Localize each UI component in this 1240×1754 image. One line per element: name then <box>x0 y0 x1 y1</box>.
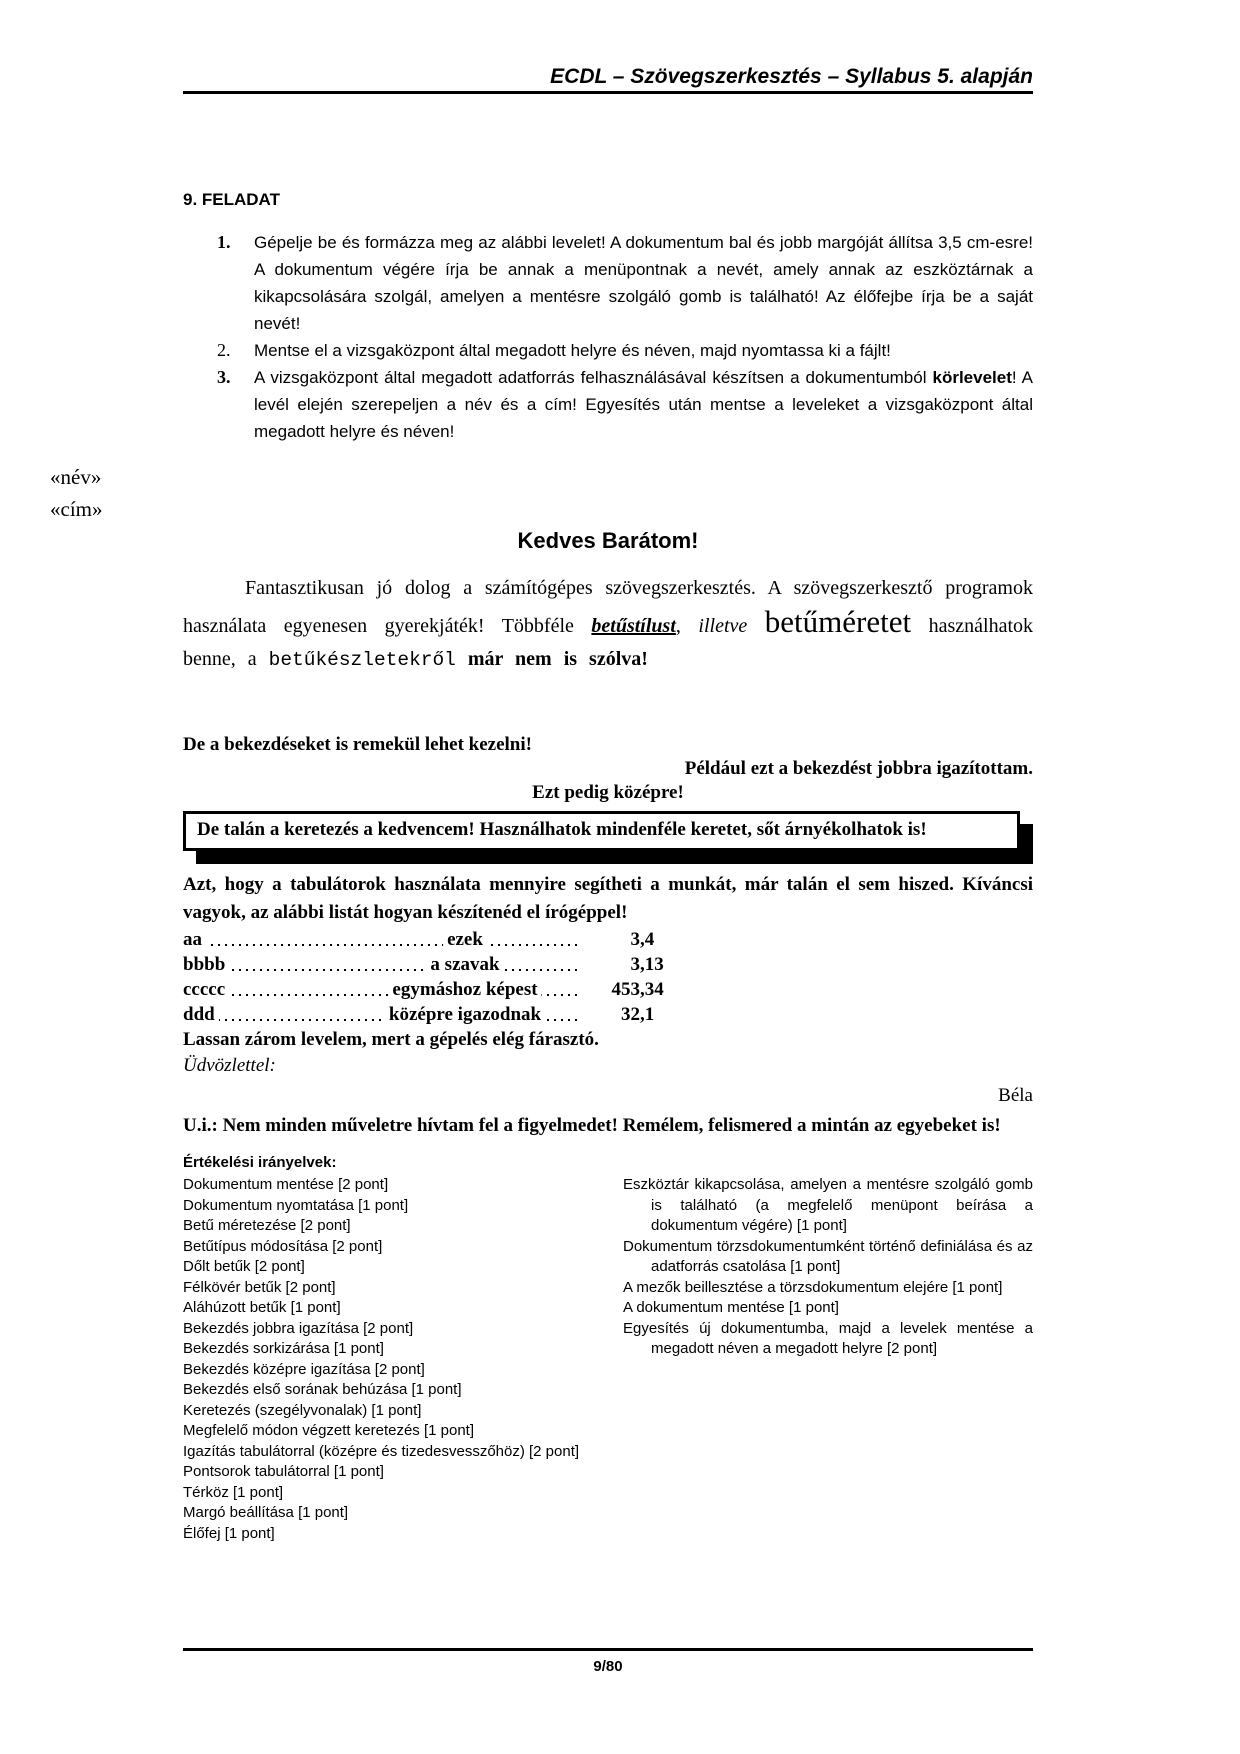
item-text: A vizsgaközpont által megadott adatforrá… <box>254 364 1033 445</box>
evaluation-item: Bekezdés jobbra igazítása [2 pont] <box>183 1319 623 1340</box>
task-item: 3.A vizsgaközpont által megadott adatfor… <box>183 364 1033 445</box>
tab-number-int: 3 <box>580 927 640 952</box>
tab-number-int: 32 <box>580 1002 640 1027</box>
tab-row: cccccegymáshoz képest453,34 <box>183 977 673 1002</box>
salutation: Kedves Barátom! <box>183 527 1033 554</box>
evaluation-item: Élőfej [1 pont] <box>183 1524 623 1545</box>
text-run: , <box>676 615 699 637</box>
tab-number-frac: ,1 <box>640 1002 659 1027</box>
evaluation-heading: Értékelési irányelvek: <box>183 1153 1033 1173</box>
evaluation-item: Félkövér betűk [2 pont] <box>183 1278 623 1299</box>
text-run <box>456 648 468 670</box>
evaluation-item: Bekezdés első sorának behúzása [1 pont] <box>183 1380 623 1401</box>
text-run: Mentse el a vizsgaközpont által megadott… <box>254 341 891 360</box>
tabs-intro: Azt, hogy a tabulátorok használata menny… <box>183 871 1033 927</box>
text-run: betűstílust <box>591 615 675 637</box>
text-run <box>747 615 765 637</box>
tab-center-word: ezek <box>443 927 487 952</box>
evaluation-item: Bekezdés sorkizárása [1 pont] <box>183 1339 623 1360</box>
evaluation-item: Aláhúzott betűk [1 pont] <box>183 1298 623 1319</box>
closing-line: Lassan zárom levelem, mert a gépelés elé… <box>183 1027 1033 1053</box>
evaluation-item: Keretezés (szegélyvonalak) [1 pont] <box>183 1401 623 1422</box>
task-item: 1.Gépelje be és formázza meg az alábbi l… <box>183 229 1033 337</box>
tab-left-word: ddd <box>183 1002 219 1027</box>
page-header: ECDL – Szövegszerkesztés – Syllabus 5. a… <box>183 0 1033 94</box>
evaluation-item: Egyesítés új dokumentumba, majd a levele… <box>623 1319 1033 1360</box>
framed-paragraph: De talán a keretezés a kedvencem! Haszná… <box>183 811 1020 851</box>
letter-paragraph: Fantasztikusan jó dolog a számítógépes s… <box>183 572 1033 677</box>
evaluation-section: Értékelési irányelvek: Dokumentum mentés… <box>183 1153 1033 1544</box>
tab-row: dddközépre igazodnak32,1 <box>183 1002 673 1027</box>
tab-center-word: egymáshoz képest <box>388 977 541 1002</box>
tab-number-int: 3 <box>580 952 640 977</box>
evaluation-columns: Dokumentum mentése [2 pont]Dokumentum ny… <box>183 1175 1033 1544</box>
evaluation-item: Betű méretezése [2 pont] <box>183 1216 623 1237</box>
merge-field-address: «cím» <box>50 493 900 525</box>
tab-center-word: a szavak <box>426 952 503 977</box>
text-run: illetve <box>698 615 747 637</box>
item-text: Mentse el a vizsgaközpont által megadott… <box>254 337 1033 364</box>
postscript: U.i.: Nem minden műveletre hívtam fel a … <box>183 1111 1033 1141</box>
merge-field-name: «név» <box>50 461 900 493</box>
evaluation-left-list: Dokumentum mentése [2 pont]Dokumentum ny… <box>183 1175 623 1544</box>
page-number: 9/80 <box>593 1658 622 1675</box>
evaluation-item: Bekezdés középre igazítása [2 pont] <box>183 1360 623 1381</box>
evaluation-item: Térköz [1 pont] <box>183 1483 623 1504</box>
tab-left-word: aa <box>183 927 206 952</box>
tab-number-frac: ,34 <box>640 977 669 1002</box>
text-run: körlevelet <box>932 368 1011 387</box>
align-right-line: Például ezt a bekezdést jobbra igazított… <box>183 757 1033 781</box>
item-number: 2. <box>217 337 254 364</box>
tab-center-word: középre igazodnak <box>385 1002 545 1027</box>
document-page: ECDL – Szövegszerkesztés – Syllabus 5. a… <box>0 0 1240 1754</box>
task-list: 1.Gépelje be és formázza meg az alábbi l… <box>183 229 1033 445</box>
evaluation-item: A mezők beillesztése a törzsdokumentum e… <box>623 1278 1033 1299</box>
task-item: 2.Mentse el a vizsgaközpont által megado… <box>183 337 1033 364</box>
evaluation-item: Margó beállítása [1 pont] <box>183 1503 623 1524</box>
evaluation-item: Dokumentum nyomtatása [1 pont] <box>183 1196 623 1217</box>
evaluation-item: Dokumentum törzsdokumentumként történő d… <box>623 1237 1033 1278</box>
tab-left-word: ccccc <box>183 977 229 1002</box>
tab-number-int: 453 <box>580 977 640 1002</box>
evaluation-item: Betűtípus módosítása [2 pont] <box>183 1237 623 1258</box>
evaluation-item: Igazítás tabulátorral (középre és tizede… <box>183 1442 623 1463</box>
tab-row: bbbba szavak3,13 <box>183 952 673 977</box>
item-number: 3. <box>217 364 254 445</box>
task-heading: 9. FELADAT <box>183 189 1033 210</box>
evaluation-item: A dokumentum mentése [1 pont] <box>623 1298 1033 1319</box>
evaluation-item: Dőlt betűk [2 pont] <box>183 1257 623 1278</box>
text-run: betűkészletekről <box>269 649 456 671</box>
evaluation-item: Dokumentum mentése [2 pont] <box>183 1175 623 1196</box>
signature: Béla <box>183 1083 1033 1109</box>
align-left-line: De a bekezdéseket is remekül lehet kezel… <box>183 733 1033 757</box>
header-rule: ECDL – Szövegszerkesztés – Syllabus 5. a… <box>183 64 1033 94</box>
tab-number-frac: ,13 <box>640 952 669 977</box>
text-run: már nem is szólva! <box>468 648 648 670</box>
text-run: betűméretet <box>765 604 911 639</box>
item-number: 1. <box>217 229 254 337</box>
tab-number-frac: ,4 <box>640 927 659 952</box>
regards-line: Üdvözlettel: <box>183 1053 1033 1079</box>
align-center-line: Ezt pedig középre! <box>183 781 1033 805</box>
text-run: A vizsgaközpont által megadott adatforrá… <box>254 368 932 387</box>
item-text: Gépelje be és formázza meg az alábbi lev… <box>254 229 1033 337</box>
text-run: Gépelje be és formázza meg az alábbi lev… <box>254 233 1033 333</box>
evaluation-item: Megfelelő módon végzett keretezés [1 pon… <box>183 1421 623 1442</box>
tab-row: aaezek3,4 <box>183 927 673 952</box>
evaluation-item: Eszköztár kikapcsolása, amelyen a mentés… <box>623 1175 1033 1237</box>
header-title: ECDL – Szövegszerkesztés – Syllabus 5. a… <box>183 64 1033 89</box>
merge-fields: «név» «cím» <box>50 461 900 525</box>
page-footer: 9/80 <box>183 1648 1033 1676</box>
evaluation-right-list: Eszköztár kikapcsolása, amelyen a mentés… <box>623 1175 1033 1544</box>
tab-left-word: bbbb <box>183 952 229 977</box>
tab-list: aaezek3,4bbbba szavak3,13cccccegymáshoz … <box>183 927 1033 1027</box>
evaluation-item: Pontsorok tabulátorral [1 pont] <box>183 1462 623 1483</box>
